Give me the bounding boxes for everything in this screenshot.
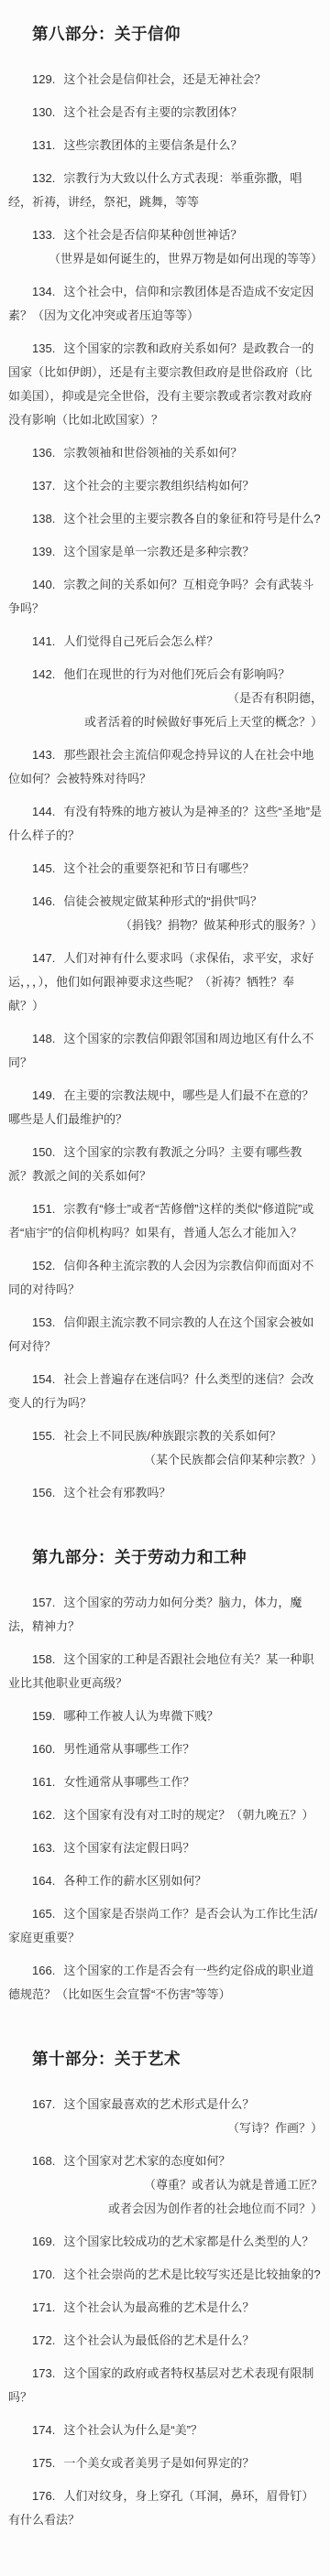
question-number: 168. [32,2154,55,2168]
question-line: 129.这个社会是信仰社会，还是无神社会？ [8,68,323,92]
question-text: 这些宗教团体的主要信条是什么？ [63,138,242,152]
question-number: 146. [32,894,55,908]
question-item: 149.在主要的宗教法规中，哪些是人们最不在意的？哪些是人们最维护的？ [8,1084,323,1131]
question-text: 这个社会的主要宗教组织结构如何？ [63,479,254,492]
question-line: 131.这些宗教团体的主要信条是什么？ [8,134,323,157]
question-item: 133.这个社会是否信仰某种创世神话？（世界是如何诞生的，世界万物是如何出现的等… [8,223,323,271]
question-number: 137. [32,479,55,492]
question-number: 149. [32,1088,55,1102]
question-item: 170.这个社会崇尚的艺术是比较写实还是比较抽象的? [8,2263,323,2287]
question-line: 172.这个社会认为最低俗的艺术是什么？ [8,2329,323,2353]
question-number: 132. [32,171,55,185]
question-text: 女性通常从事哪些工作？ [63,1775,194,1789]
question-number: 173. [32,2366,55,2380]
question-text: 这个社会认为最高雅的艺术是什么？ [63,2300,254,2314]
question-item: 169.这个国家比较成功的艺术家都是什么类型的人？ [8,2230,323,2254]
question-note: （世界是如何诞生的，世界万物是如何出现的等等） [8,247,323,271]
question-number: 152. [32,1259,55,1272]
question-number: 153. [32,1315,55,1329]
question-item: 168.这个国家对艺术家的态度如何？（尊重？或者认为就是普通工匠？或者会因为创作… [8,2149,323,2221]
question-line: 167.这个国家最喜欢的艺术形式是什么？ [8,2093,323,2116]
question-text: 各种工作的薪水区别如何？ [63,1874,206,1888]
question-text: 信徒会被规定做某种形式的“捐供”吗？ [63,894,262,908]
question-number: 164. [32,1874,55,1888]
question-number: 143. [32,748,55,762]
question-number: 130. [32,105,55,119]
question-note: （某个民族都会信仰某种宗教？） [8,1448,323,1472]
question-number: 159. [32,1709,55,1723]
question-text: 这个社会崇尚的艺术是比较写实还是比较抽象的? [63,2268,320,2281]
question-text: 人们觉得自己死后会怎么样？ [63,634,218,648]
question-line: 153.信仰跟主流宗教不同宗教的人在这个国家会被如何对待？ [8,1311,323,1358]
question-text: 这个社会里的主要宗教各自的象征和符号是什么? [63,512,320,525]
question-line: 151.宗教有“修士”或者“苦修僧”这样的类似“修道院”或者“庙宇”的信仰机构吗… [8,1197,323,1245]
question-number: 142. [32,667,55,681]
question-text: 这个社会的重要祭祀和节日有哪些？ [63,861,254,875]
question-item: 172.这个社会认为最低俗的艺术是什么？ [8,2329,323,2353]
question-item: 141.人们觉得自己死后会怎么样？ [8,630,323,654]
question-line: 168.这个国家对艺术家的态度如何？ [8,2149,323,2173]
question-note: 或者活着的时候做好事死后上天堂的概念？） [8,710,323,734]
question-number: 136. [32,446,55,460]
question-line: 141.人们觉得自己死后会怎么样？ [8,630,323,654]
question-number: 139. [32,545,55,558]
question-line: 166.这个国家的工作是否会有一些约定俗成的职业道德规范？（比如医生会宣誓“不伤… [8,1959,323,2007]
question-line: 149.在主要的宗教法规中，哪些是人们最不在意的？哪些是人们最维护的？ [8,1084,323,1131]
question-item: 145.这个社会的重要祭祀和节日有哪些？ [8,857,323,881]
question-text: 这个社会是信仰社会，还是无神社会？ [63,72,266,86]
question-item: 174.这个社会认为什么是“美”？ [8,2419,323,2442]
question-line: 161.女性通常从事哪些工作？ [8,1770,323,1794]
question-text: 这个社会有邪教吗？ [63,1486,170,1499]
question-item: 136.宗教领袖和世俗领袖的关系如何？ [8,441,323,465]
question-number: 133. [32,228,55,242]
question-line: 158.这个国家的工种是否跟社会地位有关？某一种职业比其他职业更高级？ [8,1648,323,1695]
question-number: 138. [32,512,55,525]
question-item: 153.信仰跟主流宗教不同宗教的人在这个国家会被如何对待？ [8,1311,323,1358]
question-item: 175.一个美女或者美男子是如何界定的？ [8,2452,323,2475]
question-item: 157.这个国家的劳动力如何分类？脑力，体力，魔法，精神力？ [8,1591,323,1639]
question-item: 148.这个国家的宗教信仰跟邻国和周边地区有什么不同？ [8,1027,323,1075]
question-item: 162.这个国家有没有对工时的规定？（朝九晚五？） [8,1803,323,1827]
question-number: 150. [32,1145,55,1159]
question-number: 147. [32,951,55,965]
question-number: 155. [32,1429,55,1443]
question-item: 146.信徒会被规定做某种形式的“捐供”吗？（捐钱？捐物？做某种形式的服务？） [8,890,323,937]
question-line: 144.有没有特殊的地方被认为是神圣的？这些“圣地”是什么样子的？ [8,800,323,848]
question-item: 156.这个社会有邪教吗？ [8,1481,323,1505]
question-line: 155.社会上不同民族/种族跟宗教的关系如何？ [8,1424,323,1448]
question-line: 171.这个社会认为最高雅的艺术是什么？ [8,2296,323,2320]
question-note: （捐钱？捐物？做某种形式的服务？） [8,914,323,937]
question-number: 141. [32,634,55,648]
question-line: 132.宗教行为大致以什么方式表现：举重弥撒，唱经，祈祷，讲经，祭祀，跳舞，等等 [8,167,323,214]
question-line: 134.这个社会中，信仰和宗教团体是否造成不安定因素？（因为文化冲突或者压迫等等… [8,280,323,328]
question-note: （尊重？或者认为就是普通工匠？ [8,2173,323,2197]
question-line: 148.这个国家的宗教信仰跟邻国和周边地区有什么不同？ [8,1027,323,1075]
question-text: 这个社会认为什么是“美”？ [63,2423,203,2437]
section-title: 第九部分：关于劳动力和工种 [8,1543,323,1571]
question-number: 176. [32,2489,55,2503]
question-number: 165. [32,1907,55,1921]
question-line: 154.社会上普遍存在迷信吗？什么类型的迷信？会改变人的行为吗？ [8,1368,323,1415]
question-number: 134. [32,285,55,298]
question-item: 131.这些宗教团体的主要信条是什么？ [8,134,323,157]
question-item: 152.信仰各种主流宗教的人会因为宗教信仰而面对不同的对待吗？ [8,1254,323,1302]
question-line: 147.人们对神有什么要求吗（求保佑，求平安，求好运，，，），他们如何跟神要求这… [8,947,323,1018]
section-title: 第八部分：关于信仰 [8,20,323,48]
question-text: 他们在现世的行为对他们死后会有影响吗？ [63,667,290,681]
question-number: 167. [32,2097,55,2111]
question-text: 宗教领袖和世俗领袖的关系如何？ [63,446,242,460]
question-item: 132.宗教行为大致以什么方式表现：举重弥撒，唱经，祈祷，讲经，祭祀，跳舞，等等 [8,167,323,214]
question-text: 有没有特殊的地方被认为是神圣的？这些“圣地”是什么样子的？ [8,805,322,842]
question-line: 164.各种工作的薪水区别如何？ [8,1869,323,1893]
question-number: 129. [32,72,55,86]
question-line: 142.他们在现世的行为对他们死后会有影响吗？ [8,663,323,687]
question-line: 163.这个国家有法定假日吗？ [8,1836,323,1860]
question-number: 166. [32,1964,55,1977]
question-item: 154.社会上普遍存在迷信吗？什么类型的迷信？会改变人的行为吗？ [8,1368,323,1415]
question-number: 151. [32,1202,55,1216]
question-line: 170.这个社会崇尚的艺术是比较写实还是比较抽象的? [8,2263,323,2287]
question-item: 150.这个国家的宗教有教派之分吗？主要有哪些教派？教派之间的关系如何？ [8,1141,323,1188]
question-number: 148. [32,1032,55,1045]
question-number: 131. [32,138,55,152]
question-number: 171. [32,2300,55,2314]
question-line: 138.这个社会里的主要宗教各自的象征和符号是什么? [8,507,323,531]
question-line: 173.这个国家的政府或者特权基层对艺术表现有限制吗？ [8,2362,323,2409]
question-line: 133.这个社会是否信仰某种创世神话？ [8,223,323,247]
question-item: 167.这个国家最喜欢的艺术形式是什么？（写诗？作画？） [8,2093,323,2140]
question-line: 139.这个国家是单一宗教还是多种宗教？ [8,540,323,564]
question-number: 135. [32,341,55,355]
question-item: 137.这个社会的主要宗教组织结构如何？ [8,474,323,498]
question-line: 174.这个社会认为什么是“美”？ [8,2419,323,2442]
question-line: 130.这个社会是否有主要的宗教团体？ [8,101,323,124]
question-text: 哪种工作被人认为卑微下贱？ [63,1709,218,1723]
question-number: 160. [32,1742,55,1756]
question-text: 这个国家有没有对工时的规定？（朝九晚五？） [63,1808,313,1822]
question-line: 162.这个国家有没有对工时的规定？（朝九晚五？） [8,1803,323,1827]
question-text: 这个国家是单一宗教还是多种宗教？ [63,545,254,558]
question-line: 159.哪种工作被人认为卑微下贱？ [8,1705,323,1728]
question-line: 145.这个社会的重要祭祀和节日有哪些？ [8,857,323,881]
question-item: 135.这个国家的宗教和政府关系如何？是政教合一的国家（比如伊朗），还是有主要宗… [8,337,323,432]
question-text: 这个社会认为最低俗的艺术是什么？ [63,2333,254,2347]
question-line: 136.宗教领袖和世俗领袖的关系如何？ [8,441,323,465]
question-line: 140.宗教之间的关系如何？互相竞争吗？会有武装斗争吗？ [8,573,323,621]
question-number: 140. [32,578,55,591]
question-item: 173.这个国家的政府或者特权基层对艺术表现有限制吗？ [8,2362,323,2409]
question-number: 172. [32,2333,55,2347]
question-number: 174. [32,2423,55,2437]
questionnaire-document: 第八部分：关于信仰129.这个社会是信仰社会，还是无神社会？130.这个社会是否… [0,0,330,2532]
question-line: 175.一个美女或者美男子是如何界定的？ [8,2452,323,2475]
question-line: 135.这个国家的宗教和政府关系如何？是政教合一的国家（比如伊朗），还是有主要宗… [8,337,323,432]
question-text: 这个国家比较成功的艺术家都是什么类型的人？ [63,2235,313,2248]
question-item: 176.人们对纹身，身上穿孔（耳洞，鼻环，眉骨钉）有什么看法？ [8,2484,323,2532]
question-number: 162. [32,1808,55,1822]
question-number: 161. [32,1775,55,1789]
question-item: 130.这个社会是否有主要的宗教团体？ [8,101,323,124]
question-line: 150.这个国家的宗教有教派之分吗？主要有哪些教派？教派之间的关系如何？ [8,1141,323,1188]
section-title: 第十部分：关于艺术 [8,2045,323,2073]
question-item: 155.社会上不同民族/种族跟宗教的关系如何？（某个民族都会信仰某种宗教？） [8,1424,323,1472]
question-item: 159.哪种工作被人认为卑微下贱？ [8,1705,323,1728]
question-item: 147.人们对神有什么要求吗（求保佑，求平安，求好运，，，），他们如何跟神要求这… [8,947,323,1018]
question-number: 144. [32,805,55,818]
question-item: 140.宗教之间的关系如何？互相竞争吗？会有武装斗争吗？ [8,573,323,621]
question-item: 138.这个社会里的主要宗教各自的象征和符号是什么? [8,507,323,531]
question-item: 160.男性通常从事哪些工作？ [8,1737,323,1761]
question-item: 161.女性通常从事哪些工作？ [8,1770,323,1794]
question-item: 163.这个国家有法定假日吗？ [8,1836,323,1860]
question-item: 144.有没有特殊的地方被认为是神圣的？这些“圣地”是什么样子的？ [8,800,323,848]
question-item: 143.那些跟社会主流信仰观念持异议的人在社会中地位如何？会被特殊对待吗？ [8,743,323,791]
question-number: 145. [32,861,55,875]
question-line: 176.人们对纹身，身上穿孔（耳洞，鼻环，眉骨钉）有什么看法？ [8,2484,323,2532]
question-text: 这个国家对艺术家的态度如何？ [63,2154,230,2168]
question-line: 157.这个国家的劳动力如何分类？脑力，体力，魔法，精神力？ [8,1591,323,1639]
question-item: 134.这个社会中，信仰和宗教团体是否造成不安定因素？（因为文化冲突或者压迫等等… [8,280,323,328]
question-number: 169. [32,2235,55,2248]
question-number: 157. [32,1596,55,1609]
question-text: 一个美女或者美男子是如何界定的？ [63,2456,254,2470]
question-number: 163. [32,1841,55,1855]
question-item: 151.宗教有“修士”或者“苦修僧”这样的类似“修道院”或者“庙宇”的信仰机构吗… [8,1197,323,1245]
question-line: 160.男性通常从事哪些工作？ [8,1737,323,1761]
question-text: 这个社会是否有主要的宗教团体？ [63,105,242,119]
question-text: 社会上不同民族/种族跟宗教的关系如何？ [63,1429,281,1443]
question-number: 175. [32,2456,55,2470]
question-note: 或者会因为创作者的社会地位而不同？） [8,2197,323,2221]
question-item: 166.这个国家的工作是否会有一些约定俗成的职业道德规范？（比如医生会宣誓“不伤… [8,1959,323,2007]
question-number: 154. [32,1372,55,1386]
question-note: （是否有积阴德， [8,687,323,710]
question-line: 152.信仰各种主流宗教的人会因为宗教信仰而面对不同的对待吗？ [8,1254,323,1302]
question-item: 164.各种工作的薪水区别如何？ [8,1869,323,1893]
question-line: 165.这个国家是否崇尚工作？是否会认为工作比生活/家庭更重要？ [8,1902,323,1950]
question-item: 158.这个国家的工种是否跟社会地位有关？某一种职业比其他职业更高级？ [8,1648,323,1695]
question-text: 男性通常从事哪些工作？ [63,1742,194,1756]
question-text: 这个国家有法定假日吗？ [63,1841,194,1855]
question-text: 这个社会是否信仰某种创世神话？ [63,228,242,242]
question-number: 158. [32,1652,55,1666]
question-text: 这个国家最喜欢的艺术形式是什么？ [63,2097,254,2111]
question-line: 143.那些跟社会主流信仰观念持异议的人在社会中地位如何？会被特殊对待吗？ [8,743,323,791]
question-line: 169.这个国家比较成功的艺术家都是什么类型的人？ [8,2230,323,2254]
question-number: 156. [32,1486,55,1499]
question-line: 156.这个社会有邪教吗？ [8,1481,323,1505]
question-item: 142.他们在现世的行为对他们死后会有影响吗？（是否有积阴德，或者活着的时候做好… [8,663,323,734]
question-note: （写诗？作画？） [8,2116,323,2140]
question-item: 171.这个社会认为最高雅的艺术是什么？ [8,2296,323,2320]
question-number: 170. [32,2268,55,2281]
question-item: 165.这个国家是否崇尚工作？是否会认为工作比生活/家庭更重要？ [8,1902,323,1950]
question-line: 146.信徒会被规定做某种形式的“捐供”吗？ [8,890,323,914]
question-line: 137.这个社会的主要宗教组织结构如何？ [8,474,323,498]
question-item: 129.这个社会是信仰社会，还是无神社会？ [8,68,323,92]
question-item: 139.这个国家是单一宗教还是多种宗教？ [8,540,323,564]
